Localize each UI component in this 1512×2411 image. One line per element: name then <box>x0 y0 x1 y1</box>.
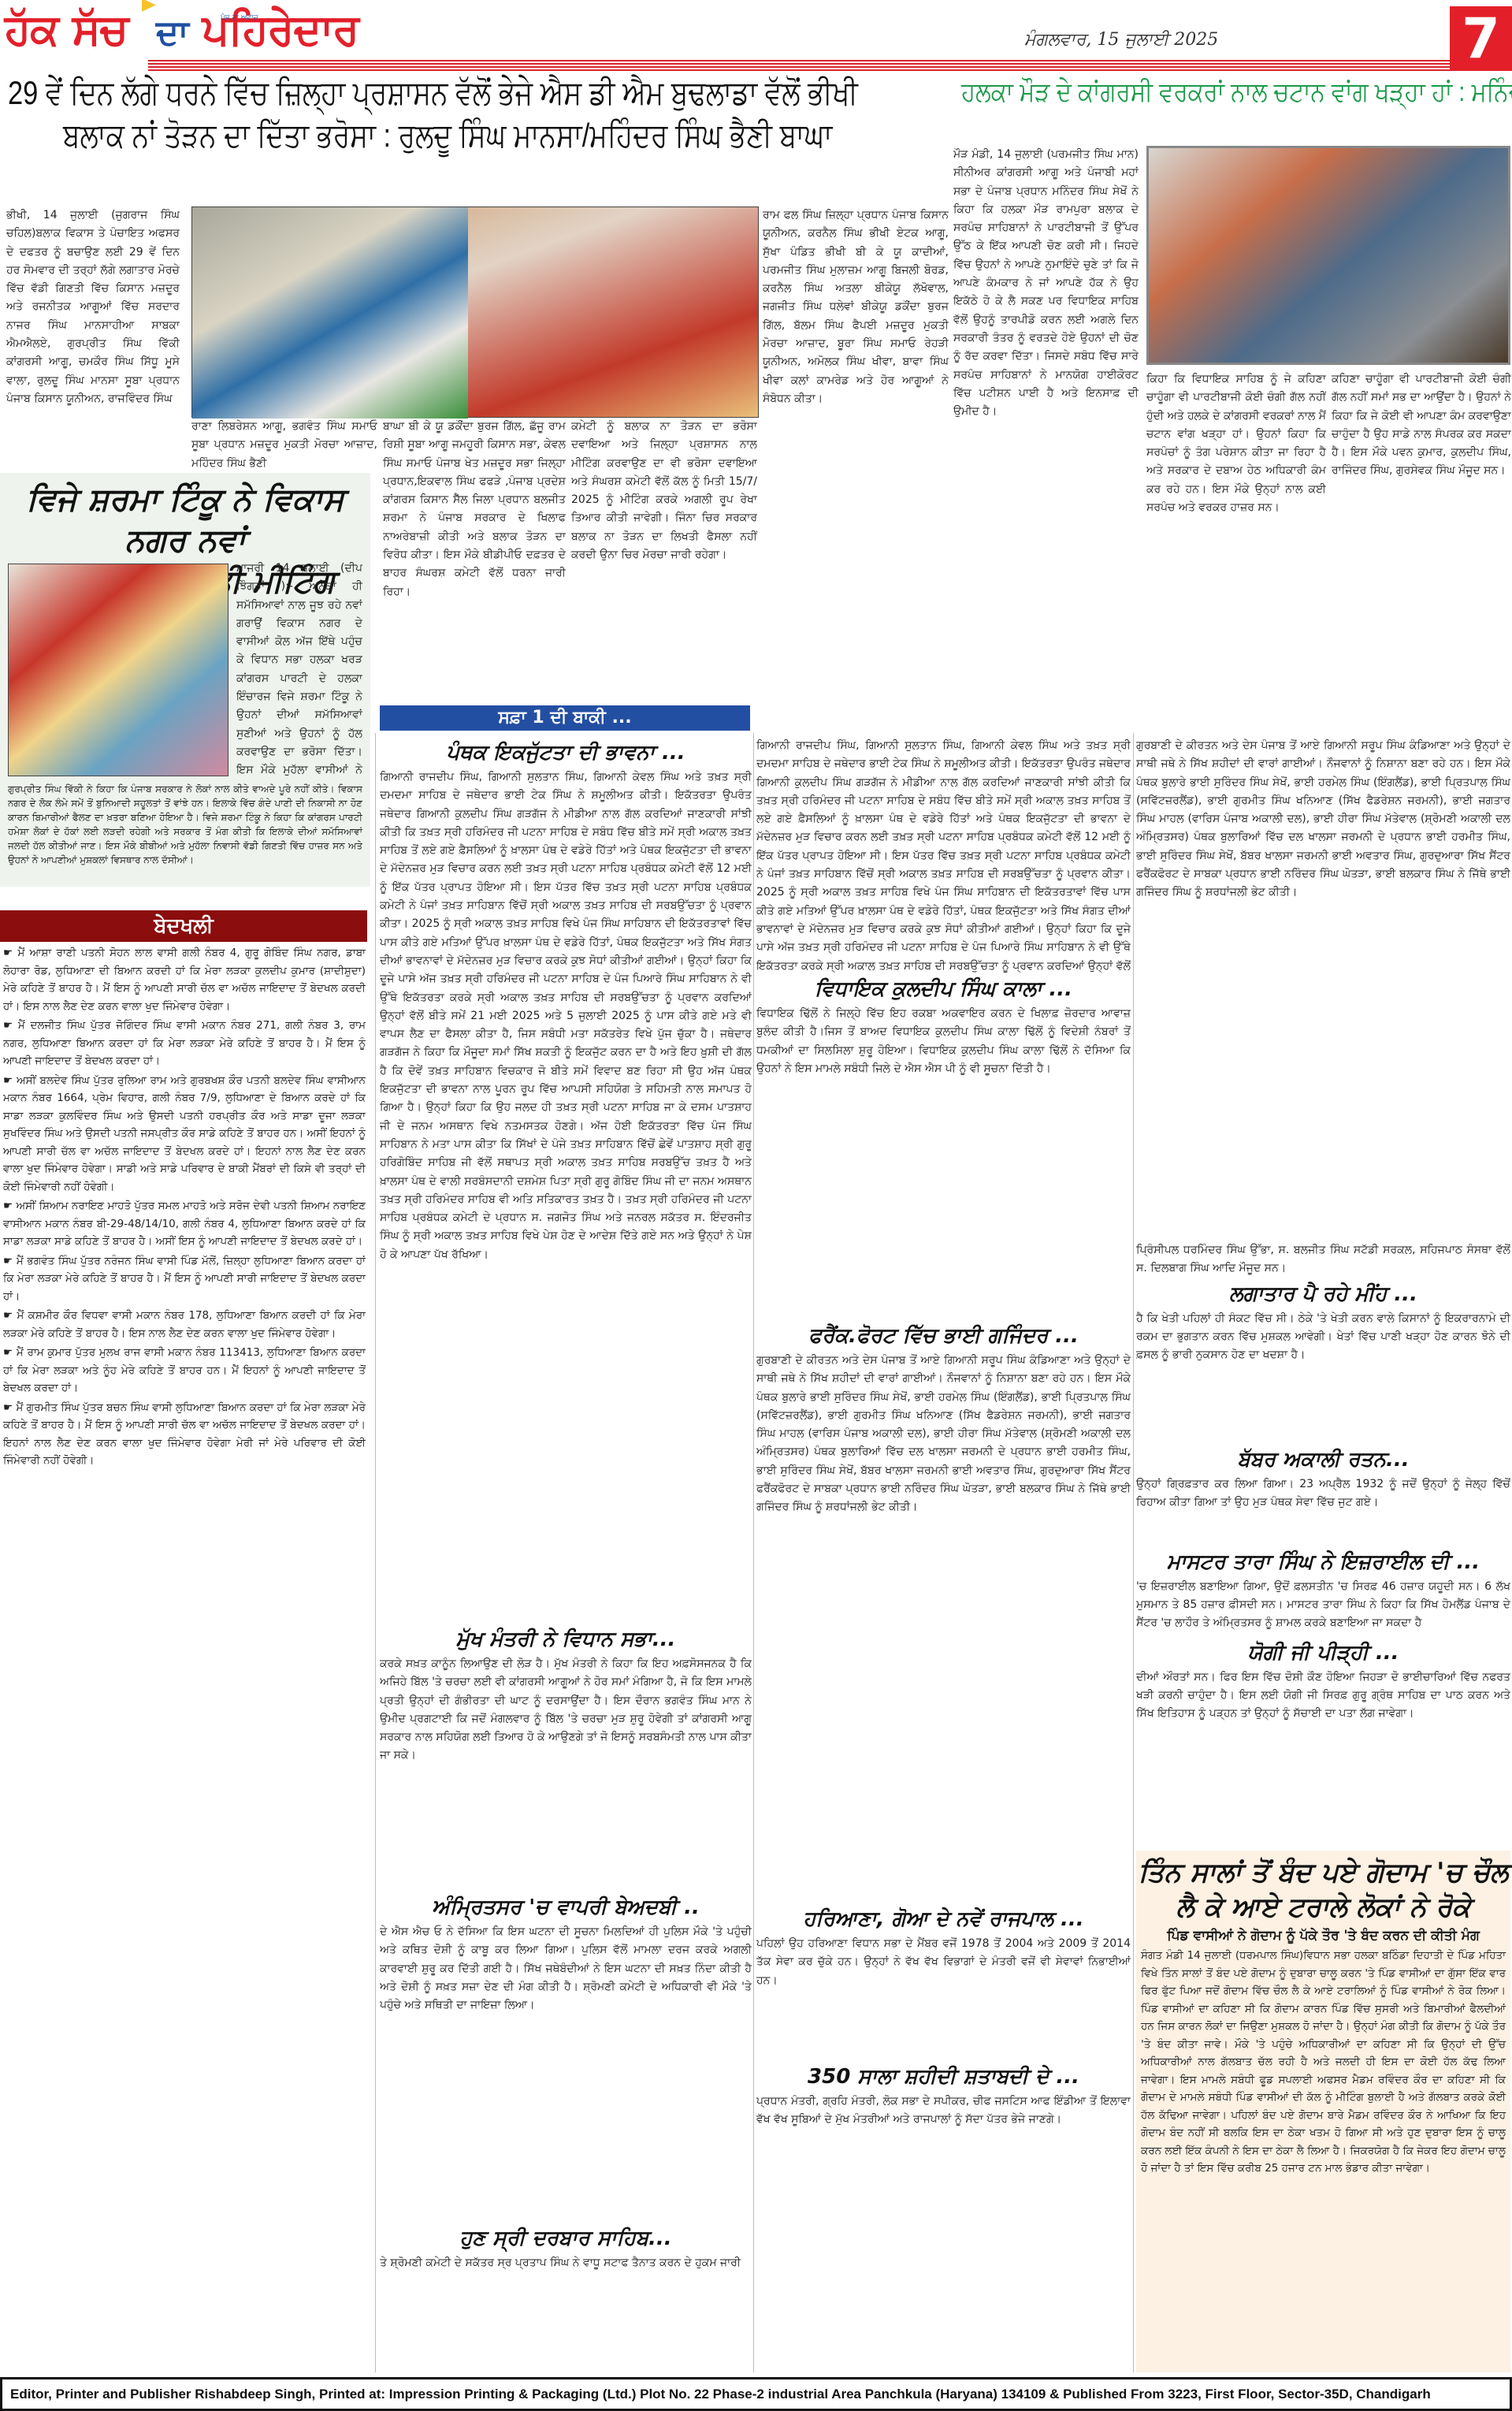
section-title-amritsar-beadbi: ਅੰਮ੍ਰਿਤਸਰ 'ਚ ਵਾਪਰੀ ਬੇਅਦਬੀ .. <box>380 1892 752 1923</box>
logo-text-pehredar: ਪਹਿਰੇਦਾਰ <box>202 5 359 54</box>
logo-tagline: ਪੰਥ ਦਾ ਅਵਾਜ਼ <box>221 14 258 22</box>
header-rule-lines <box>148 58 1456 71</box>
section-body-frankfurt: ਗੁਰਬਾਣੀ ਦੇ ਕੀਰਤਨ ਅਤੇ ਦੇਸ ਪੰਜਾਬ ਤੋਂ ਆਏ ਗਿ… <box>756 1352 1131 1903</box>
godam-story-box: ਤਿੰਨ ਸਾਲਾਂ ਤੋਂ ਬੰਦ ਪਏ ਗੋਦਾਮ 'ਚ ਚੌਲ ਲੈ ਕੇ… <box>1136 1851 1510 2372</box>
section-body-kuldeep-kala: ਵਿਧਾਇਕ ਢਿੱਲੋਂ ਨੇ ਜਿਲ੍ਹੇ ਵਿੱਚ ਇਹ ਰਕਬਾ ਅਕਵ… <box>756 1005 1131 1320</box>
bhikhi-col4: ਕਮੇਟੀ ਨੂੰ ਬਲਾਕ ਨਾ ਤੋੜਨ ਦਾ ਭਰੋਸਾ ਦਵਾਇਆ ਅਤ… <box>571 418 757 684</box>
headline-vije-line1: ਵਿਜੇ ਸ਼ਰਮਾ ਟਿੰਕੂ ਨੇ ਵਿਕਾਸ ਨਗਰ ਨਵਾਂ <box>0 479 370 561</box>
mour-group-photo <box>1146 146 1510 365</box>
mour-col3: ਕਹਿਣਾ ਚਾਹੂੰਗਾ ਵੀ ਪਾਰਟੀਬਾਜੀ ਕੋਈ ਚੰਗੀ ਗੱਲ … <box>1332 370 1511 725</box>
pointing-hand-icon: ☛ <box>3 947 17 959</box>
bhikhi-col3: ਬਾਘਾ ਬੀ ਕੇ ਯੂ ਡਕੌਂਦਾ ਬੁਰਜ ਗਿੱਲ, ਛੱਜੂ ਰਾਮ… <box>383 418 566 749</box>
section-title-frankfurt: ਫਰੈਂਕ.ਫੋਰਟ ਵਿੱਚ ਭਾਈ ਗਜਿੰਦਰ ... <box>756 1320 1131 1352</box>
bhikhi-col1: ਭੀਖੀ, 14 ਜੁਲਾਈ (ਜੁਗਰਾਜ ਸਿੰਘ ਚਹਿਲ)ਬਲਾਕ ਵਿ… <box>6 206 180 435</box>
section-title-babbar-akali: ਬੱਬਰ ਅਕਾਲੀ ਰਤਨ... <box>1136 1444 1510 1475</box>
section-title-panthak-unity: ਪੰਥਕ ਇਕਜੁੱਟਤਾ ਦੀ ਭਾਵਨਾ ... <box>380 737 752 768</box>
photo-seated-leaders <box>192 207 468 419</box>
section-title-cm-assembly: ਮੁੱਖ ਮੰਤਰੀ ਨੇ ਵਿਧਾਨ ਸਭਾ... <box>380 1624 752 1655</box>
column-divider <box>375 733 376 2372</box>
attendees-list: ਪ੍ਰਿੰਸੀਪਲ ਧਰਮਿੰਦਰ ਸਿੰਘ ਉੱਭਾ, ਸ. ਬਲਜੀਤ ਸਿ… <box>1136 1241 1510 1278</box>
pointing-hand-icon: ☛ <box>3 1346 17 1359</box>
mour-col2: ਕਿਹਾ ਕਿ ਵਿਧਾਇਕ ਸਾਹਿਬ ਨੂੰ ਜੇ ਕਹਿਣਾ ਚਾਹੂੰਗ… <box>1146 370 1326 725</box>
nishan-flag-icon <box>142 0 156 20</box>
section-body-intro: ਗਿਆਨੀ ਰਾਜਦੀਪ ਸਿੰਘ, ਗਿਆਨੀ ਸੁਲਤਾਨ ਸਿੰਘ, ਗਿ… <box>756 737 1131 973</box>
section-title-kuldeep-kala: ਵਿਧਾਇਕ ਕੁਲਦੀਪ ਸਿੰਘ ਕਾਲਾ ... <box>756 973 1131 1005</box>
pointing-hand-icon: ☛ <box>3 1401 16 1414</box>
vije-story-box: ਵਿਜੇ ਸ਼ਰਮਾ ਟਿੰਕੂ ਨੇ ਵਿਕਾਸ ਨਗਰ ਨਵਾਂ ਗਰਾਉਂ… <box>0 473 370 887</box>
logo-text-da: ਦਾ <box>156 13 188 53</box>
notice-item: ☛ ਮੈਂ ਦਲਜੀਤ ਸਿੰਘ ਪੁੱਤਰ ਜੋਗਿੰਦਰ ਸਿੰਘ ਵਾਸੀ… <box>3 1017 366 1070</box>
bhikhi-col2: ਰਾਣਾ ਲਿਬਰੇਸ਼ਨ ਆਗੂ, ਭਗਵੰਤ ਸਿੰਘ ਸਮਾਓ ਸੂਬਾ … <box>191 418 377 473</box>
godam-subheadline: ਪਿੰਡ ਵਾਸੀਆਂ ਨੇ ਗੋਦਾਮ ਨੂੰ ਪੱਕੇ ਤੌਰ 'ਤੇ ਬੰ… <box>1136 1925 1510 1947</box>
notice-item: ☛ ਮੈਂ ਆਸ਼ਾ ਰਾਣੀ ਪਤਨੀ ਸੋਹਨ ਲਾਲ ਵਾਸੀ ਗਲੀ ਨ… <box>3 944 366 1015</box>
vije-body-full: ਗੁਰਪ੍ਰੀਤ ਸਿੰਘ ਵਿੱਕੀ ਨੇ ਕਿਹਾ ਕਿ ਪੰਜਾਬ ਸਰਕ… <box>8 782 362 880</box>
section-body-master-tara-singh: 'ਚ ਇਜ਼ਰਾਈਲ ਬਣਾਇਆ ਗਿਆ, ਉਦੋਂ ਫ਼ਲਸਤੀਨ 'ਚ ਸਿ… <box>1136 1578 1510 1637</box>
section-title-rain: ਲਗਾਤਾਰ ਪੈ ਰਹੇ ਮੀਂਹ ... <box>1136 1278 1510 1310</box>
vije-body-intro: ਮਾਜਰੀ 14 ਜੁਲਾਈ (ਦੀਪ ਝਿੰਗੜਾਂ ):- ਅਨੇਕਾਂ ਹ… <box>236 560 362 780</box>
column-divider <box>753 733 754 2372</box>
notice-item: ☛ ਮੈਂ ਗੁਰਮੀਤ ਸਿੰਘ ਪੁੱਤਰ ਬਚਨ ਸਿੰਘ ਵਾਸੀ ਲੁ… <box>3 1399 366 1470</box>
page-number: 7 <box>1450 6 1512 71</box>
continued-column-right: ਗਿਆਨੀ ਰਾਜਦੀਪ ਸਿੰਘ, ਗਿਆਨੀ ਸੁਲਤਾਨ ਸਿੰਘ, ਗਿ… <box>756 737 1131 2372</box>
logo-text-haq-sach: ਹੱਕ ਸੱਚ <box>5 5 128 54</box>
pointing-hand-icon: ☛ <box>3 1200 17 1212</box>
section-title-350-shatabdi: 350 ਸਾਲਾ ਸ਼ਹੀਦੀ ਸ਼ਤਾਬਦੀ ਦੇ ... <box>756 2061 1131 2093</box>
notice-item: ☛ ਮੈਂ ਰਾਮ ਕੁਮਾਰ ਪੁੱਤਰ ਮੁਲਖ ਰਾਜ ਵਾਸੀ ਮਕਾਨ… <box>3 1344 366 1397</box>
bhikhi-col5: ਰਾਮ ਫਲ ਸਿੰਘ ਜ਼ਿਲ੍ਹਾ ਪ੍ਰਧਾਨ ਪੰਜਾਬ ਕਿਸਾਨ ਯ… <box>763 206 949 727</box>
section-body-panthak-unity: ਗਿਆਨੀ ਰਾਜਦੀਪ ਸਿੰਘ, ਗਿਆਨੀ ਸੁਲਤਾਨ ਸਿੰਘ, ਗਿ… <box>380 768 752 1624</box>
headline-godam-line1: ਤਿੰਨ ਸਾਲਾਂ ਤੋਂ ਬੰਦ ਪਏ ਗੋਦਾਮ 'ਚ ਚੌਲ <box>1136 1855 1510 1890</box>
section-body-amritsar-beadbi: ਦੇ ਐਸ ਐਚ ਓ ਨੇ ਦੱਸਿਆ ਕਿ ਇਸ ਘਟਨਾ ਦੀ ਸੂਚਨਾ … <box>380 1923 752 2223</box>
section-body-haryana-goa: ਪਹਿਲਾਂ ਉਹ ਹਰਿਆਣਾ ਵਿਧਾਨ ਸਭਾ ਦੇ ਮੈਂਬਰ ਵਜੋਂ… <box>756 1935 1131 2061</box>
pointing-hand-icon: ☛ <box>3 1255 17 1267</box>
bedakhli-title: ਬੇਦਖਲੀ <box>0 910 367 942</box>
section-body-continued: ਗੁਰਬਾਣੀ ਦੇ ਕੀਰਤਨ ਅਤੇ ਦੇਸ ਪੰਜਾਬ ਤੋਂ ਆਏ ਗਿ… <box>1136 737 1510 1241</box>
notice-item: ☛ ਮੈਂ ਕਸ਼ਮੀਰ ਕੌਰ ਵਿਧਵਾ ਵਾਸੀ ਮਕਾਨ ਨੰਬਰ 17… <box>3 1307 366 1342</box>
continued-column-middle: ਪੰਥਕ ਇਕਜੁੱਟਤਾ ਦੀ ਭਾਵਨਾ ... ਗਿਆਨੀ ਰਾਜਦੀਪ … <box>380 737 752 2372</box>
notice-item: ☛ ਅਸੀਂ ਬਲਦੇਵ ਸਿੰਘ ਪੁੱਤਰ ਰੁਲਿਆ ਰਾਮ ਅਤੇ ਗੁ… <box>3 1072 366 1196</box>
section-title-haryana-goa: ਹਰਿਆਣਾ, ਗੋਆ ਦੇ ਨਵੇਂ ਰਾਜਪਾਲ ... <box>756 1903 1131 1935</box>
section-body-rain: ਹੈ ਕਿ ਖੇਤੀ ਪਹਿਲਾਂ ਹੀ ਸੰਕਟ ਵਿੱਚ ਸੀ। ਠੇਕੇ … <box>1136 1310 1510 1444</box>
section-body-cm-assembly: ਕਰਕੇ ਸਖ਼ਤ ਕਾਨੂੰਨ ਲਿਆਉਣ ਦੀ ਲੋੜ ਹੈ। ਮੁੱਖ ਮ… <box>380 1655 752 1892</box>
bedakhli-notices: ☛ ਮੈਂ ਆਸ਼ਾ ਰਾਣੀ ਪਤਨੀ ਸੋਹਨ ਲਾਲ ਵਾਸੀ ਗਲੀ ਨ… <box>3 944 366 2367</box>
section-body-yogi: ਦੀਆਂ ਔਰਤਾਂ ਸਨ। ਫਿਰ ਇਸ ਵਿੱਚ ਦੋਸ਼ੀ ਕੌਣ ਹੋਇ… <box>1136 1669 1510 1724</box>
headline-mour: ਹਲਕਾ ਮੌੜ ਦੇ ਕਾਂਗਰਸੀ ਵਰਕਰਾਂ ਨਾਲ ਚਟਾਨ ਵਾਂਗ… <box>961 75 1436 110</box>
section-title-yogi: ਯੋਗੀ ਜੀ ਪੀੜ੍ਹੀ ... <box>1136 1637 1510 1669</box>
notice-item: ☛ ਅਸੀਂ ਸ਼ਿਆਮ ਨਰਾਇਣ ਮਾਹਤੋ ਪੁੱਤਰ ਸਮਲ ਮਾਹਤੋ… <box>3 1197 366 1251</box>
newspaper-logo[interactable]: ਹੱਕ ਸੱਚ ਦਾ ਪਹਿਰੇਦਾਰ <box>5 5 358 58</box>
masthead: ਹੱਕ ਸੱਚ ਦਾ ਪਹਿਰੇਦਾਰ ਪੰਥ ਦਾ ਅਵਾਜ਼ ਮੰਗਲਵਾਰ… <box>0 0 1512 71</box>
publisher-imprint: Editor, Printer and Publisher Rishabdeep… <box>0 2377 1512 2411</box>
notice-item: ☛ ਮੈਂ ਭਗਵੰਤ ਸਿੰਘ ਪੁੱਤਰ ਨਰੰਜਨ ਸਿੰਘ ਵਾਸੀ ਪ… <box>3 1252 366 1306</box>
headline-godam-line2: ਲੈ ਕੇ ਆਏ ਟਰਾਲੇ ਲੋਕਾਂ ਨੇ ਰੋਕੇ <box>1136 1890 1510 1925</box>
continued-from-page1-banner: ਸਫ਼ਾ 1 ਦੀ ਬਾਕੀ ... <box>380 705 750 731</box>
section-body-babbar-akali: ਉਨ੍ਹਾਂ ਗ੍ਰਿਫ਼ਤਾਰ ਕਰ ਲਿਆ ਗਿਆ। 23 ਅਪ੍ਰੈਲ 1… <box>1136 1475 1510 1546</box>
pointing-hand-icon: ☛ <box>3 1309 17 1322</box>
section-title-darbar-sahib: ਹੁਣ ਸ੍ਰੀ ਦਰਬਾਰ ਸਾਹਿਬ... <box>380 2223 752 2254</box>
pointing-hand-icon: ☛ <box>3 1019 18 1032</box>
mour-col1: ਮੌੜ ਮੰਡੀ, 14 ਜੁਲਾਈ (ਪਰਮਜੀਤ ਸਿੰਘ ਮਾਨ) ਸੀਨ… <box>953 146 1139 729</box>
section-body-darbar-sahib: ਤੇ ਸ਼੍ਰੋਮਣੀ ਕਮੇਟੀ ਦੇ ਸਕੱਤਰ ਸ੍ਰ ਪ੍ਰਤਾਪ ਸਿ… <box>380 2254 752 2272</box>
vije-meeting-photo <box>8 564 228 776</box>
pointing-hand-icon: ☛ <box>3 1074 17 1087</box>
section-title-master-tara-singh: ਮਾਸਟਰ ਤਾਰਾ ਸਿੰਘ ਨੇ ਇਜ਼ਰਾਈਲ ਦੀ ... <box>1136 1546 1510 1578</box>
issue-date: ਮੰਗਲਵਾਰ, 15 ਜੁਲਾਈ 2025 <box>1024 30 1218 50</box>
column-divider <box>1133 733 1134 2372</box>
section-body-350-shatabdi: ਪ੍ਰਧਾਨ ਮੰਤਰੀ, ਗ੍ਰਹਿ ਮੰਤਰੀ, ਲੋਕ ਸਭਾ ਦੇ ਸਪ… <box>756 2093 1131 2130</box>
bhikhi-protest-photo <box>191 206 759 418</box>
godam-body: ਸੰਗਤ ਮੰਡੀ 14 ਜੁਲਾਈ (ਧਰਮਪਾਲ ਸਿੰਘ)ਵਿਧਾਨ ਸਭ… <box>1136 1947 1510 2357</box>
continued-column-far-right: ਗੁਰਬਾਣੀ ਦੇ ਕੀਰਤਨ ਅਤੇ ਦੇਸ ਪੰਜਾਬ ਤੋਂ ਆਏ ਗਿ… <box>1136 737 1510 1848</box>
headline-bhikhi-line1: 29 ਵੇਂ ਦਿਨ ਲੱਗੇ ਧਰਨੇ ਵਿੱਚ ਜ਼ਿਲ੍ਹਾ ਪ੍ਰਸ਼ਾ… <box>8 73 757 113</box>
headline-bhikhi-line2: ਬਲਾਕ ਨਾਂ ਤੋੜਨ ਦਾ ਦਿੱਤਾ ਭਰੋਸਾ : ਰੁਲਦੂ ਸਿੰ… <box>63 115 774 156</box>
